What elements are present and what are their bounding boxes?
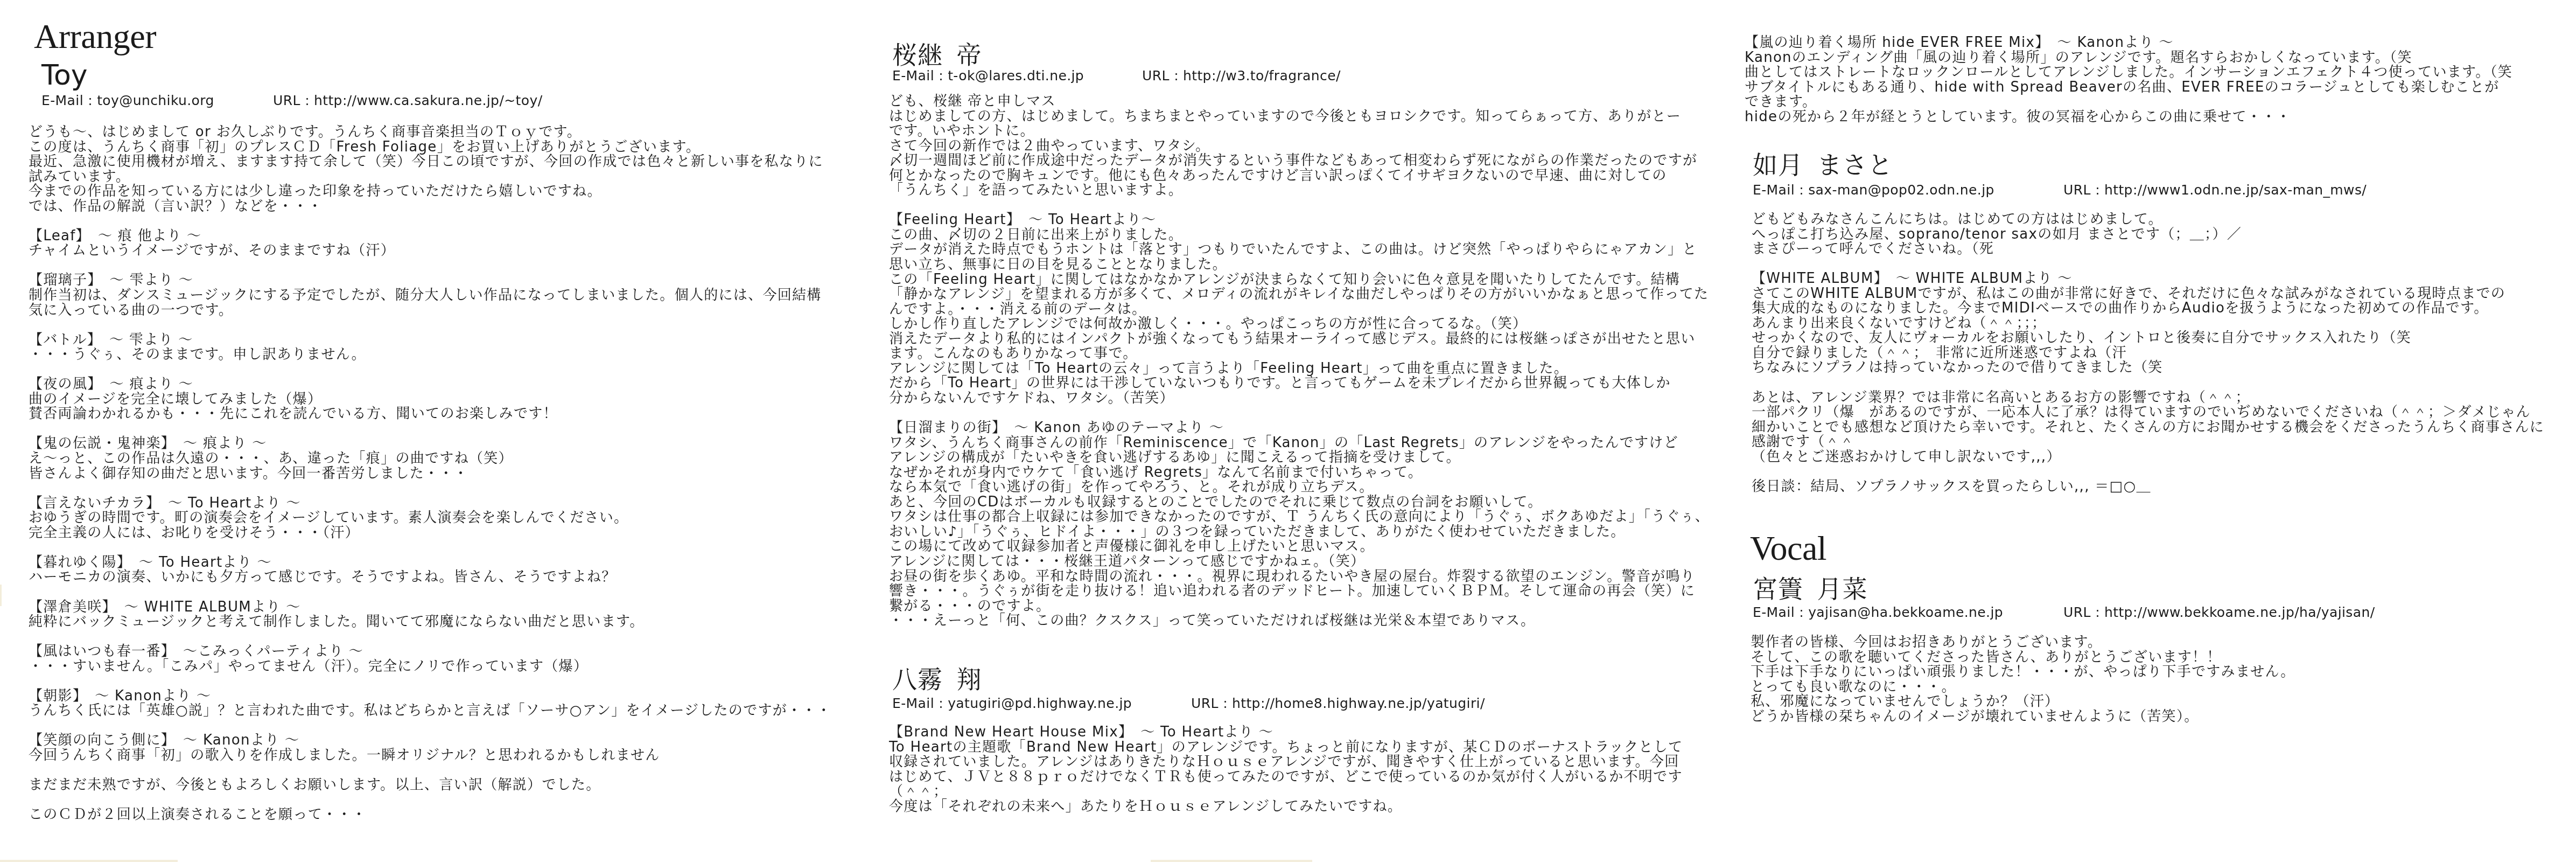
track-source: ～ To Heartより ～ <box>1140 724 1273 740</box>
track-comment-line: ます。こんなのもありかなって事で。 <box>889 346 1710 362</box>
url-address: http://home8.highway.ne.jp/yatugiri/ <box>1232 696 1485 711</box>
track-comment-line: ちなみにソプラノは持っていなかったので借りてきました（笑 <box>1752 360 2544 376</box>
intro-line: です。いやホントに。 <box>889 124 1710 139</box>
track-comment-line: おゆうぎの時間です。町の演奏会をイメージしています。素人演奏会を楽しんでください… <box>29 511 831 526</box>
track-source: ～ WHITE ALBUMより ～ <box>1896 270 2073 287</box>
track-note: 【嵐の辿り着く場所 hide EVER FREE Mix】～ Kanonより ～… <box>1745 36 2512 124</box>
contact-email-toy: E-Mail :toy@unchiku.org <box>41 93 214 108</box>
track-comment-line: 曲のイメージを完全に壊してみました（爆） <box>29 392 831 407</box>
track-comment-line: 今度は「それぞれの未来へ」あたりをＨｏｕｓｅアレンジしてみたいですね。 <box>889 800 1683 815</box>
track-title: 【夜の風】 <box>29 376 102 392</box>
track-note: 【Brand New Heart House Mix】～ To Heartより … <box>889 725 1683 814</box>
track-heading: 【日溜まりの街】～ Kanon あゆのテーマより ～ <box>889 421 1710 436</box>
email-address: t-ok@lares.dti.ne.jp <box>948 68 1084 84</box>
track-comment-line: この「Feeling Heart」に関してはなかなかアレンジが決まらなくて知り会… <box>889 273 1710 288</box>
track-comment-line: To Heartの主題歌「Brand New Heart」のアレンジです。ちょっ… <box>889 740 1683 755</box>
track-comment-line: 消えたデータより私的にはインパクトが強くなってもう結果オーライって感じデス。最終… <box>889 332 1710 347</box>
track-heading: 【暮れゆく陽】～ To Heartより ～ <box>29 555 831 571</box>
track-note: 【鬼の伝説・鬼神楽】～ 痕より ～ え～っと、この作品は久遠の・・・、あ、違った… <box>29 436 831 481</box>
track-title: 【日溜まりの街】 <box>889 420 1006 436</box>
track-heading: 【Brand New Heart House Mix】～ To Heartより … <box>889 725 1683 740</box>
intro-line: まさぴーって呼んでくださいね。（死 <box>1752 242 2544 257</box>
track-comment-line: アレンジに関しては・・・桜継王道パターンって感じですかねェ。（笑） <box>889 554 1710 569</box>
track-note: 【日溜まりの街】～ Kanon あゆのテーマより ～ ワタシ、うんちく商事さんの… <box>889 421 1710 629</box>
email-address: yajisan@ha.bekkoame.ne.jp <box>1808 604 2003 620</box>
url-address: http://www1.odn.ne.jp/sax-man_mws/ <box>2104 182 2367 198</box>
track-comment-line: （＾＾； <box>889 784 1683 800</box>
sakuratsugi-notes: ども、桜継 帝と申しマス はじめましての方、はじめまして。ちまちまとやっています… <box>889 94 1710 629</box>
track-comment-line: 響き・・・。うぐぅが街を走り抜ける！追い追われる者のデッドヒート。加速していくＢ… <box>889 584 1710 599</box>
track-title: 【笑顔の向こう側に】 <box>29 732 176 748</box>
track-comment-line: なぜかそれが身内でウケて「食い逃げ Regrets」なんて名前まで付いちゃって。 <box>889 465 1710 481</box>
toy-intro: どうも～、はじめまして or お久しぶりです。うんちく商事音楽担当のＴｏｙです。… <box>29 125 831 214</box>
track-source: ～ 雫より ～ <box>109 332 193 348</box>
artist-name-sakuratsugi: 桜継 帝 <box>892 41 982 68</box>
artist-name-yatsugiri: 八霧 翔 <box>892 666 982 693</box>
track-comment-line: ・・・すいません。「こみパ」やってません（汗）。完全にノリで作っています（爆） <box>29 659 831 675</box>
artist-name-miyasu: 宮簀 月菜 <box>1753 575 1868 602</box>
track-comment-line: さてこのWHITE ALBUMですが、私はこの曲が非常に好きで、それだけに色々な… <box>1752 287 2544 302</box>
scan-edge-artifact <box>0 585 2 606</box>
message-line: どうか皆様の栞ちゃんのイメージが壊れていませんように（苦笑）。 <box>1751 710 2295 725</box>
track-source: ～ 痕より ～ <box>110 376 194 392</box>
contact-url-miyasu: URL :http://www.bekkoame.ne.jp/ha/yajisa… <box>2063 605 2375 620</box>
track-title: 【風はいつも春一番】 <box>29 643 176 659</box>
artist-name-kisaragi: 如月 まさと <box>1753 151 1893 178</box>
message-line: 下手は下手なりにいっぱい頑張りました！・・・が、やっぱり下手ですみません。 <box>1751 665 2295 680</box>
url-label: URL : <box>273 93 310 108</box>
afterword-line: 一部パクリ（爆 があるのですが、一応本人に了承？は得ていますのでいぢめないでくだ… <box>1752 405 2544 420</box>
track-comment-line: この場にて改めて収録参加者と声優様に御礼を申し上げたいと思いマス。 <box>889 539 1710 554</box>
track-comment-line: 収録されていました。アレンジはありきたりなＨｏｕｓｅアレンジですが、聞きやすく仕… <box>889 755 1683 770</box>
track-title: 【暮れゆく陽】 <box>29 554 131 571</box>
intro-line: 「うんちく」を語ってみたいと思いますよ。 <box>889 183 1710 198</box>
track-note: 【笑顔の向こう側に】～ Kanonより ～ 今回うんちく商事「初」の歌入りを作成… <box>29 733 831 763</box>
track-heading: 【Leaf】～ 痕 他より ～ <box>29 229 831 244</box>
track-heading: 【朝影】～ Kanonより ～ <box>29 689 831 704</box>
track-comment-line: あと、今回のCDはボーカルも収録するとのことでしたのでそれに乗じて数点の台詞をお… <box>889 495 1710 510</box>
track-comment-line: 「静かなアレンジ」を望まれる方が多くて、メロディの流れがキレイな曲だしやっぱりそ… <box>889 287 1710 302</box>
contact-email-sakuratsugi: E-Mail :t-ok@lares.dti.ne.jp <box>892 68 1084 84</box>
message-line: そして、この歌を聴いてくださった皆さん、ありがとうございます！！ <box>1751 650 2295 665</box>
track-comment-line: アレンジに関しては「To Heartの云々」って言うより「Feeling Hea… <box>889 362 1710 377</box>
track-comment-line: ワタシは仕事の都合上収録には参加できなかったのですが、Ｔ うんちく氏の意向により… <box>889 510 1710 525</box>
track-comment-line: アレンジの構成が「たいやきを食い逃げするあゆ」に聞こえるって指摘を受けまして。 <box>889 450 1710 465</box>
track-comment-line: だから「To Heart」の世界には干渉していないつもりです。と言ってもゲームを… <box>889 376 1710 391</box>
track-title: 【Feeling Heart】 <box>889 212 1021 228</box>
url-address: http://www.ca.sakura.ne.jp/~toy/ <box>314 93 543 108</box>
track-comment-line: はじめて、ＪＶと８８ｐｒｏだけでなくＴＲも使ってみたのですが、どこで使っているの… <box>889 770 1683 785</box>
track-source: ～ Kanonより ～ <box>183 732 299 748</box>
track-comment-line: 純粋にバックミュージックと考えて制作しました。聞いてて邪魔にならない曲だと思いま… <box>29 615 831 630</box>
track-title: 【言えないチカラ】 <box>29 495 160 511</box>
track-comment-line: Kanonのエンディング曲「風の辿り着く場所」のアレンジです。題名すらおかしくな… <box>1745 51 2512 66</box>
email-address: yatugiri@pd.highway.ne.jp <box>948 696 1132 711</box>
message-line: 製作者の皆様、今回はお招きありがとうございます。 <box>1751 635 2295 650</box>
track-comment-line: サブタイトルにもある通り、hide with Spread Beaverの名曲、… <box>1745 80 2512 95</box>
toy-notes: どうも～、はじめまして or お久しぶりです。うんちく商事音楽担当のＴｏｙです。… <box>29 125 831 823</box>
message-line: 私、邪魔になっていませんでしょうか？（汗） <box>1751 694 2295 710</box>
track-comment-line: 思い立ち、無事に日の目を見ることとなりました。 <box>889 258 1710 273</box>
scan-edge-artifact <box>0 860 178 862</box>
miyasu-message: 製作者の皆様、今回はお招きありがとうございます。 そして、この歌を聴いてくださっ… <box>1751 635 2295 724</box>
intro-line: はじめましての方、はじめまして。ちまちまとやっていますので今後ともヨロシクです。… <box>889 109 1710 124</box>
intro-line: へっぽこ打ち込み屋、soprano/tenor saxの如月 まさとです（；＿；… <box>1752 227 2544 242</box>
track-note: 【夜の風】～ 痕より ～ 曲のイメージを完全に壊してみました（爆） 賛否両論わか… <box>29 377 831 422</box>
track-source: ～ 痕より ～ <box>183 435 267 451</box>
track-heading: 【鬼の伝説・鬼神楽】～ 痕より ～ <box>29 436 831 451</box>
scan-edge-artifact <box>1151 860 1312 862</box>
intro-line: どうも～、はじめまして or お久しぶりです。うんちく商事音楽担当のＴｏｙです。 <box>29 125 831 140</box>
track-source: ～ Kanon あゆのテーマより ～ <box>1014 420 1224 436</box>
afterword-line: 細かいことでも感想など頂けたら幸いです。それと、たくさんの方にお聞かせする機会を… <box>1752 420 2544 435</box>
track-heading: 【澤倉美咲】～ WHITE ALBUMより ～ <box>29 600 831 615</box>
email-address: sax-man@pop02.odn.ne.jp <box>1808 182 1994 198</box>
artist-name-toy: Toy <box>41 61 88 89</box>
track-title: 【澤倉美咲】 <box>29 599 117 615</box>
afterword-line: あとは、アレンジ業界？では非常に名高いとあるお方の影響ですね（＾＾； <box>1752 391 2544 406</box>
track-comment-line: なら本気で「食い逃げの街」を作ってやろう、と。それが成り立ちデス。 <box>889 480 1710 495</box>
section-label-arranger: Arranger <box>34 19 156 54</box>
sakuratsugi-intro: ども、桜継 帝と申しマス はじめましての方、はじめまして。ちまちまとやっています… <box>889 94 1710 198</box>
track-heading: 【バトル】～ 雫より ～ <box>29 333 831 348</box>
url-label: URL : <box>1191 696 1228 711</box>
track-source: ～ To Heartより～ <box>1028 212 1156 228</box>
contact-email-miyasu: E-Mail :yajisan@ha.bekkoame.ne.jp <box>1753 605 2003 620</box>
track-comment-line: チャイムというイメージですが、そのままですね（汗） <box>29 244 831 259</box>
postscript-line: 後日談：結局、ソプラノサックスを買ったらしい,,, ＝□○＿ <box>1752 479 2544 495</box>
email-label: E-Mail : <box>1753 182 1804 198</box>
contact-email-yatsugiri: E-Mail :yatugiri@pd.highway.ne.jp <box>892 696 1132 711</box>
track-note: 【バトル】～ 雫より ～ ・・・うぐぅ、そのままです。申し訳ありません。 <box>29 333 831 363</box>
contact-url-kisaragi: URL :http://www1.odn.ne.jp/sax-man_mws/ <box>2063 183 2367 198</box>
track-comment-line: 賛否両論わかれるかも・・・先にこれを読んでいる方、聞いてのお楽しみです！ <box>29 407 831 422</box>
track-heading: 【夜の風】～ 痕より ～ <box>29 377 831 392</box>
track-heading: 【風はいつも春一番】～こみっくパーティより ～ <box>29 644 831 659</box>
url-address: http://www.bekkoame.ne.jp/ha/yajisan/ <box>2104 604 2375 620</box>
track-comment-line: 今回うんちく商事「初」の歌入りを作成しました。一瞬オリジナル？と思われるかもしれ… <box>29 748 831 763</box>
message-line: とっても良い歌なのに・・・。 <box>1751 680 2295 695</box>
email-address: toy@unchiku.org <box>97 93 214 108</box>
intro-line: 今までの作品を知っている方には少し違った印象を持っていただけたら嬉しいですね。 <box>29 184 831 199</box>
track-comment-line: うんちく氏には「英雄○説」？と言われた曲です。私はどちらかと言えば「ソーサ○アン… <box>29 704 831 719</box>
intro-line: 最近、急激に使用機材が増え、ますます持て余して（笑）今日この頃ですが、今回の作成… <box>29 155 831 170</box>
track-comment-line: ハーモニカの演奏、いかにも夕方って感じです。そうですよね。皆さん、そうですよね？ <box>29 570 831 585</box>
email-label: E-Mail : <box>1753 604 1804 620</box>
track-title: 【朝影】 <box>29 688 87 704</box>
track-title: 【鬼の伝説・鬼神楽】 <box>29 435 176 451</box>
track-heading: 【笑顔の向こう側に】～ Kanonより ～ <box>29 733 831 748</box>
url-label: URL : <box>1142 68 1179 84</box>
yatsugiri-notes-part2: 【嵐の辿り着く場所 hide EVER FREE Mix】～ Kanonより ～… <box>1745 36 2512 124</box>
url-label: URL : <box>2063 182 2100 198</box>
afterword-line: （色々とご迷惑おかけして申し訳ないです,,,） <box>1752 450 2544 465</box>
track-title: 【バトル】 <box>29 332 102 348</box>
track-comment-line: 繋がる・・・のですよ。 <box>889 599 1710 614</box>
track-comment-line: できます。 <box>1745 95 2512 110</box>
track-note: 【暮れゆく陽】～ To Heartより ～ ハーモニカの演奏、いかにも夕方って感… <box>29 555 831 585</box>
track-source: ～ Kanonより ～ <box>95 688 211 704</box>
track-comment-line: ワタシ、うんちく商事さんの前作「Reminiscence」で「Kanon」の「L… <box>889 436 1710 451</box>
track-source: ～ To Heartより ～ <box>139 554 272 571</box>
vocal-message: 製作者の皆様、今回はお招きありがとうございます。 そして、この歌を聴いてくださっ… <box>1751 635 2295 724</box>
track-title: 【嵐の辿り着く場所 hide EVER FREE Mix】 <box>1745 34 2050 51</box>
closing-remark: まだまだ未熟ですが、今後ともよろしくお願いします。以上、言い訳（解説）でした。 <box>29 778 831 793</box>
track-comment-line: あんまり出来良くないですけどね（＾＾；；； <box>1752 316 2544 331</box>
track-comment-line: hideの死から２年が経とうとしています。彼の冥福を心からこの曲に乗せて・・・ <box>1745 110 2512 125</box>
track-note: 【風はいつも春一番】～こみっくパーティより ～ ・・・すいません。「こみパ」やっ… <box>29 644 831 674</box>
track-comment-line: お昼の街を歩くあゆ。平和な時間の流れ・・・。視界に現われるたいやき屋の屋台。炸裂… <box>889 569 1710 585</box>
track-source: ～ Kanonより ～ <box>2057 34 2174 51</box>
track-title: 【WHITE ALBUM】 <box>1752 270 1888 287</box>
closing-remark: このＣＤが２回以上演奏されることを願って・・・ <box>29 808 831 823</box>
kisaragi-notes: どもどもみなさんこんにちは。はじめての方ははじめまして。 へっぽこ打ち込み屋、s… <box>1752 212 2544 494</box>
contact-url-yatsugiri: URL :http://home8.highway.ne.jp/yatugiri… <box>1191 696 1485 711</box>
track-source: ～こみっくパーティより ～ <box>183 643 363 659</box>
track-comment-line: え～っと、この作品は久遠の・・・、あ、違った「痕」の曲ですね（笑） <box>29 451 831 467</box>
yatsugiri-notes-part1: 【Brand New Heart House Mix】～ To Heartより … <box>889 725 1683 814</box>
track-note: 【朝影】～ Kanonより ～ うんちく氏には「英雄○説」？と言われた曲です。私… <box>29 689 831 719</box>
track-heading: 【WHITE ALBUM】～ WHITE ALBUMより ～ <box>1752 272 2544 287</box>
track-comment-line: しかし作り直したアレンジでは何故か激しく・・・。やっぱこっちの方が性に合ってるな… <box>889 317 1710 332</box>
track-note: 【言えないチカラ】～ To Heartより ～ おゆうぎの時間です。町の演奏会を… <box>29 496 831 541</box>
track-heading: 【嵐の辿り着く場所 hide EVER FREE Mix】～ Kanonより ～ <box>1745 36 2512 51</box>
contact-email-kisaragi: E-Mail :sax-man@pop02.odn.ne.jp <box>1753 183 1994 198</box>
contact-url-toy: URL :http://www.ca.sakura.ne.jp/~toy/ <box>273 93 542 108</box>
intro-line: ども、桜継 帝と申しマス <box>889 94 1710 109</box>
email-label: E-Mail : <box>41 93 93 108</box>
email-label: E-Mail : <box>892 68 943 84</box>
email-label: E-Mail : <box>892 696 943 711</box>
track-comment-line: 皆さんよく御存知の曲だと思います。今回一番苦労しました・・・ <box>29 467 831 482</box>
track-comment-line: ・・・えーっと「何、この曲？クスクス」って笑っていただければ桜継は光栄＆本望であ… <box>889 614 1710 629</box>
track-comment-line: ・・・うぐぅ、そのままです。申し訳ありません。 <box>29 347 831 363</box>
track-comment-line: 完全主義の人には、お叱りを受けそう・・・（汗） <box>29 526 831 541</box>
track-comment-line: 気に入っている曲の一つです。 <box>29 303 831 318</box>
track-title: 【瑠璃子】 <box>29 272 102 288</box>
section-label-vocal: Vocal <box>1750 531 1826 566</box>
track-note: 【Leaf】～ 痕 他より ～ チャイムというイメージですが、そのままですね（汗… <box>29 229 831 259</box>
intro-line: 〆切一週間ほど前に作成途中だったデータが消失するという事件などもあって相変わらず… <box>889 154 1710 169</box>
track-heading: 【Feeling Heart】～ To Heartより～ <box>889 213 1710 228</box>
track-heading: 【言えないチカラ】～ To Heartより ～ <box>29 496 831 511</box>
track-title: 【Leaf】 <box>29 228 90 244</box>
track-heading: 【瑠璃子】～ 雫より ～ <box>29 273 831 288</box>
track-source: ～ 雫より ～ <box>110 272 194 288</box>
track-title: 【Brand New Heart House Mix】 <box>889 724 1133 740</box>
track-comment-line: 自分で録りました（＾＾； 非常に近所迷惑ですよね（汗 <box>1752 346 2544 361</box>
track-comment-line: せっかくなので、友人にヴォーカルをお願いしたり、イントロと後奏に自分でサックス入… <box>1752 331 2544 346</box>
track-note: 【WHITE ALBUM】～ WHITE ALBUMより ～ さてこのWHITE… <box>1752 272 2544 376</box>
intro-line: では、作品の解説（言い訳？）などを・・・ <box>29 199 831 214</box>
kisaragi-afterword: あとは、アレンジ業界？では非常に名高いとあるお方の影響ですね（＾＾； 一部パクリ… <box>1752 391 2544 465</box>
track-comment-line: データが消えた時点でもうホントは「落とす」つもりでいたんですよ、この曲は。けど突… <box>889 242 1710 258</box>
track-comment-line: この曲、〆切の２日前に出来上がりました。 <box>889 228 1710 243</box>
intro-line: 何とかなったので胸キュンです。他にも色々あったんですけど言い訳っぽくてイサギヨク… <box>889 169 1710 184</box>
intro-line: さて今回の新作では２曲やっています、ワタシ。 <box>889 139 1710 154</box>
track-note: 【Feeling Heart】～ To Heartより～ この曲、〆切の２日前に… <box>889 213 1710 406</box>
url-label: URL : <box>2063 604 2100 620</box>
track-comment-line: おいしい♪」「うぐぅ、ヒドイよ・・・」の３つを録っていただきまして、ありがたく使… <box>889 525 1710 540</box>
intro-line: 試みています。 <box>29 170 831 185</box>
track-comment-line: 制作当初は、ダンスミュージックにする予定でしたが、随分大人しい作品になってしまい… <box>29 288 831 303</box>
track-note: 【瑠璃子】～ 雫より ～ 制作当初は、ダンスミュージックにする予定でしたが、随分… <box>29 273 831 318</box>
track-note: 【澤倉美咲】～ WHITE ALBUMより ～ 純粋にバックミュージックと考えて… <box>29 600 831 630</box>
track-source: ～ 痕 他より ～ <box>98 228 202 244</box>
url-address: http://w3.to/fragrance/ <box>1183 68 1341 84</box>
track-source: ～ To Heartより ～ <box>168 495 301 511</box>
intro-line: どもどもみなさんこんにちは。はじめての方ははじめまして。 <box>1752 212 2544 227</box>
track-comment-line: んですよ。・・・消える前のデータは。 <box>889 302 1710 317</box>
kisaragi-intro: どもどもみなさんこんにちは。はじめての方ははじめまして。 へっぽこ打ち込み屋、s… <box>1752 212 2544 257</box>
kisaragi-postscript: 後日談：結局、ソプラノサックスを買ったらしい,,, ＝□○＿ <box>1752 479 2544 495</box>
closing-line: まだまだ未熟ですが、今後ともよろしくお願いします。以上、言い訳（解説）でした。 <box>29 778 831 793</box>
track-comment-line: 曲としてはストレートなロックンロールとしてアレンジしました。インサーションエフェ… <box>1745 65 2512 80</box>
contact-url-sakuratsugi: URL :http://w3.to/fragrance/ <box>1142 68 1341 84</box>
intro-line: この度は、うんちく商事「初」のプレスＣＤ「Fresh Foliage」をお買い上… <box>29 140 831 155</box>
closing-line: このＣＤが２回以上演奏されることを願って・・・ <box>29 808 831 823</box>
afterword-line: 感謝です（＾＾ <box>1752 435 2544 450</box>
track-comment-line: 分からないんですケドね、ワタシ。（苦笑） <box>889 391 1710 406</box>
track-comment-line: 集大成的なものになりました。今までMIDIベースでの曲作りからAudioを扱うよ… <box>1752 301 2544 316</box>
track-source: ～ WHITE ALBUMより ～ <box>124 599 301 615</box>
